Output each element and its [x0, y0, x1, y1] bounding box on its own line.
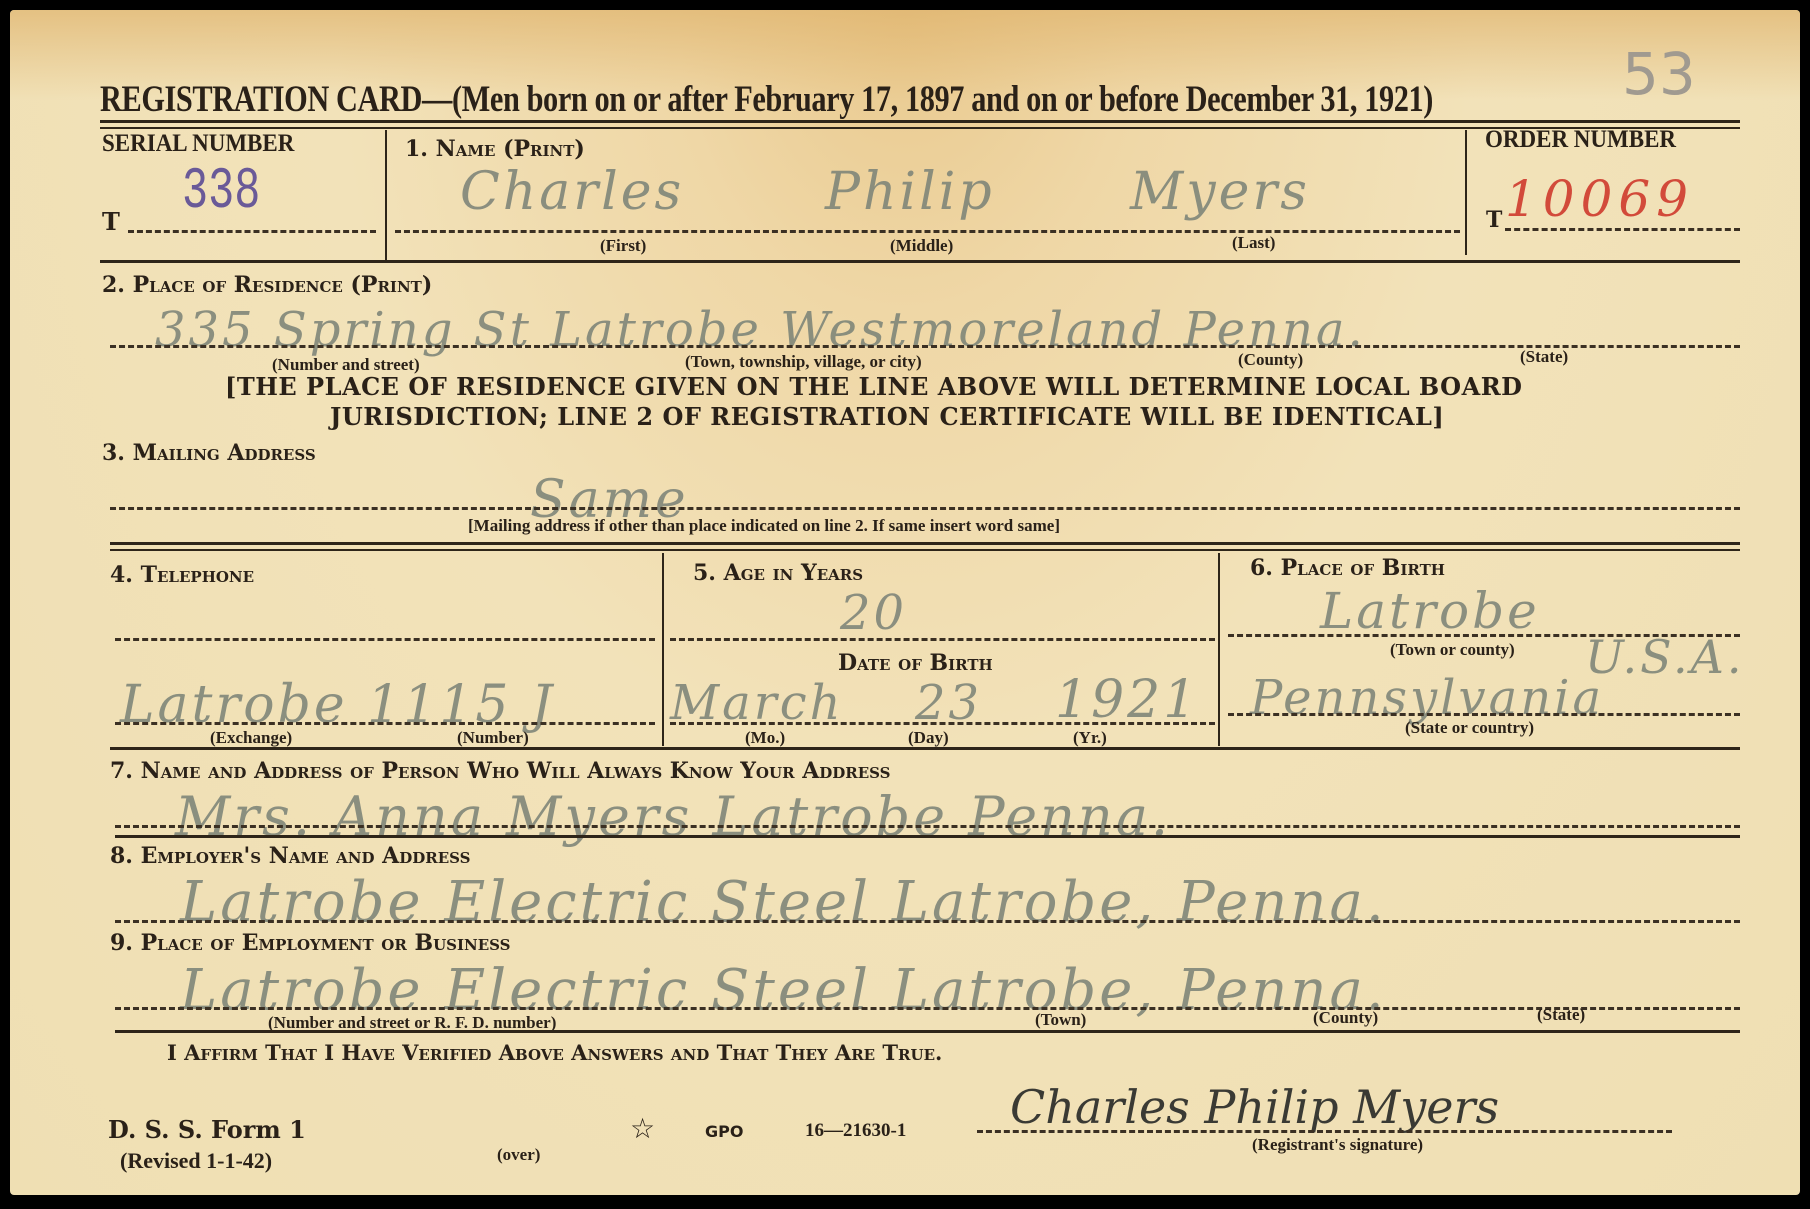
employer-label: 8. Employer's Name and Address — [110, 843, 471, 869]
telephone-value: Latrobe 1115 J — [120, 675, 555, 735]
age-line — [670, 638, 1215, 641]
divider — [385, 130, 387, 260]
serial-line — [128, 230, 376, 233]
caption-state-or-country: (State or country) — [1405, 718, 1534, 738]
residence-line — [110, 345, 1740, 348]
caption-middle: (Middle) — [890, 236, 953, 256]
caption-town: (Town) — [1035, 1010, 1086, 1030]
mailing-caption: [Mailing address if other than place ind… — [468, 516, 1060, 536]
caption-first: (First) — [600, 236, 646, 256]
serial-prefix: T — [102, 207, 120, 236]
registration-card: REGISTRATION CARD—(Men born on or after … — [10, 10, 1800, 1195]
residence-value: 335 Spring St Latrobe Westmoreland Penna… — [155, 302, 1366, 358]
caption-exchange: (Exchange) — [210, 728, 292, 748]
corner-pencil-number: 53 — [1622, 40, 1696, 108]
order-line — [1505, 228, 1740, 231]
card-title: REGISTRATION CARD—(Men born on or after … — [100, 78, 1433, 121]
gpo-label: GPO — [705, 1122, 743, 1141]
over-label: (over) — [497, 1145, 540, 1165]
order-number-value: 10069 — [1505, 170, 1694, 228]
residence-notice-line1: [THE PLACE OF RESIDENCE GIVEN ON THE LIN… — [225, 372, 1522, 401]
signature-caption: (Registrant's signature) — [1252, 1135, 1423, 1155]
residence-label: 2. Place of Residence (Print) — [102, 272, 432, 298]
signature-line — [977, 1130, 1672, 1133]
caption-number: (Number) — [457, 728, 529, 748]
caption-year: (Yr.) — [1073, 728, 1107, 748]
star-icon: ☆ — [630, 1112, 655, 1145]
birthplace-town: Latrobe — [1320, 582, 1540, 640]
residence-notice-line2: JURISDICTION; LINE 2 OF REGISTRATION CER… — [330, 402, 1444, 431]
row-rule-2 — [110, 549, 1740, 551]
mailing-line — [110, 507, 1740, 510]
contact-value: Mrs. Anna Myers Latrobe Penna. — [175, 785, 1171, 848]
birthplace-line-2 — [1228, 713, 1740, 716]
serial-number-value: 338 — [182, 160, 260, 225]
registrant-signature: Charles Philip Myers — [1010, 1080, 1499, 1134]
title-rule — [100, 120, 1740, 123]
caption-month: (Mo.) — [745, 728, 785, 748]
caption-town: (Town, township, village, or city) — [685, 352, 922, 372]
row-rule — [110, 542, 1740, 545]
age-value: 20 — [840, 585, 907, 641]
employment-place-line — [115, 1007, 1740, 1010]
dob-year: 1921 — [1055, 670, 1199, 730]
serial-number-label: SERIAL NUMBER — [102, 130, 294, 158]
employer-value: Latrobe Electric Steel Latrobe, Penna. — [180, 870, 1387, 935]
order-number-label: ORDER NUMBER — [1485, 126, 1676, 154]
telephone-label: 4. Telephone — [110, 562, 254, 588]
name-first: Charles — [460, 162, 684, 222]
dob-line — [670, 722, 1215, 725]
birthplace-label: 6. Place of Birth — [1250, 555, 1445, 581]
caption-town-or-county: (Town or county) — [1390, 640, 1515, 660]
caption-state: (State) — [1520, 347, 1568, 367]
caption-county: (County) — [1238, 350, 1303, 370]
form-revised: (Revised 1-1-42) — [120, 1148, 272, 1174]
mailing-label: 3. Mailing Address — [102, 440, 316, 466]
row-rule — [115, 1030, 1740, 1033]
row-rule — [100, 260, 1740, 263]
employment-place-label: 9. Place of Employment or Business — [110, 930, 511, 956]
telephone-line-2 — [115, 722, 655, 725]
row-rule — [110, 747, 1740, 750]
caption-state: (State) — [1537, 1005, 1585, 1025]
order-prefix: T — [1486, 207, 1502, 233]
birthplace-country: U.S.A. — [1585, 630, 1745, 684]
divider — [662, 553, 664, 746]
affirmation-text: I Affirm That I Have Verified Above Answ… — [167, 1040, 942, 1065]
form-name: D. S. S. Form 1 — [108, 1115, 306, 1144]
contact-line — [115, 825, 1740, 828]
caption-day: (Day) — [908, 728, 949, 748]
employer-line — [115, 920, 1740, 923]
contact-label: 7. Name and Address of Person Who Will A… — [110, 758, 891, 784]
print-code: 16—21630-1 — [805, 1120, 906, 1142]
name-last: Myers — [1130, 162, 1310, 222]
dob-label: Date of Birth — [838, 650, 993, 676]
name-label: 1. Name (Print) — [405, 136, 585, 162]
divider — [1465, 130, 1467, 255]
divider — [1218, 553, 1220, 746]
name-middle: Philip — [825, 162, 995, 222]
caption-last: (Last) — [1232, 233, 1275, 253]
age-label: 5. Age in Years — [693, 560, 863, 586]
telephone-line-1 — [115, 638, 655, 641]
caption-county: (County) — [1313, 1008, 1378, 1028]
row-rule — [115, 835, 1740, 838]
name-line — [395, 230, 1460, 233]
